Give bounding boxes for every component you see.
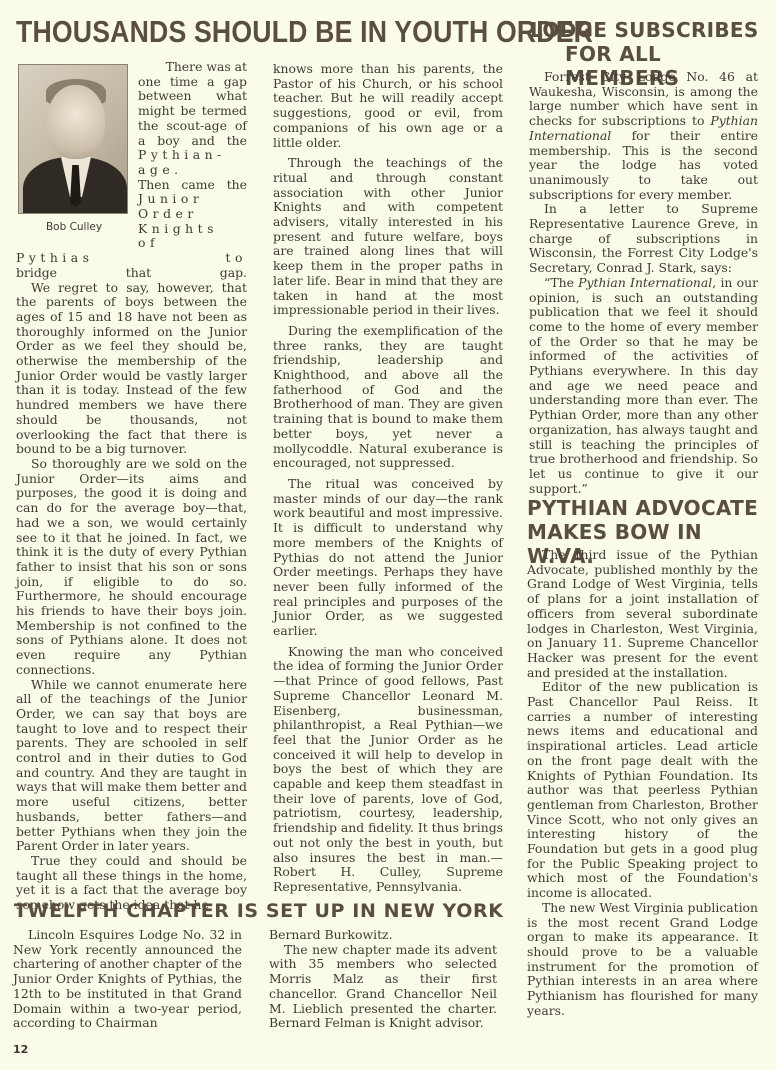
paragraph: Knowing the man who conceived the idea o… bbox=[273, 645, 503, 895]
paragraph: knows more than his parents, the Pastor … bbox=[273, 62, 503, 150]
paragraph: During the exemplification of the three … bbox=[273, 324, 503, 471]
paragraph: Through the teachings of the ritual and … bbox=[273, 156, 503, 318]
youth-order-column-2: knows more than his parents, the Pastor … bbox=[273, 62, 503, 895]
quote-paragraph: “The Pythian International, in our opini… bbox=[529, 276, 758, 497]
photo-caption: Bob Culley bbox=[18, 220, 130, 235]
paragraph: Forrest City Lodge No. 46 at Waukesha, W… bbox=[529, 70, 758, 202]
paragraph: We regret to say, however, that the pare… bbox=[16, 281, 247, 457]
twelfth-chapter-column-1: Lincoln Esquires Lodge No. 32 in New Yor… bbox=[13, 928, 242, 1031]
portrait-photo-bob-culley bbox=[18, 64, 128, 214]
paragraph: While we cannot enumerate here all of th… bbox=[16, 678, 247, 854]
paragraph: Editor of the new publication is Past Ch… bbox=[527, 680, 758, 901]
lodge-subscribes-body: Forrest City Lodge No. 46 at Waukesha, W… bbox=[529, 70, 758, 496]
paragraph: The ritual was conceived by master minds… bbox=[273, 477, 503, 639]
headline-youth-order: THOUSANDS SHOULD BE IN YOUTH ORDER bbox=[16, 14, 437, 50]
paragraph: In a letter to Supreme Representative La… bbox=[529, 202, 758, 276]
magazine-page: THOUSANDS SHOULD BE IN YOUTH ORDER Bob C… bbox=[0, 0, 776, 1070]
paragraph: Lincoln Esquires Lodge No. 32 in New Yor… bbox=[13, 928, 242, 1031]
twelfth-chapter-column-2: Bernard Burkowitz. The new chapter made … bbox=[269, 928, 497, 1031]
portrait-figure: Bob Culley bbox=[18, 64, 130, 235]
pythian-advocate-body: The third issue of the Pythian Advocate,… bbox=[527, 548, 758, 1019]
paragraph: The new West Virginia publication is the… bbox=[527, 901, 758, 1019]
headline-twelfth-chapter: TWELFTH CHAPTER IS SET UP IN NEW YORK bbox=[14, 900, 504, 922]
paragraph-continued: Bernard Burkowitz. bbox=[269, 928, 497, 943]
youth-order-column-1: Bob Culley There was at one time a gap b… bbox=[16, 60, 247, 913]
page-number: 12 bbox=[13, 1043, 28, 1056]
paragraph: So thoroughly are we sold on the Junior … bbox=[16, 457, 247, 678]
paragraph: The third issue of the Pythian Advocate,… bbox=[527, 548, 758, 680]
paragraph: The new chapter made its advent with 35 … bbox=[269, 943, 497, 1031]
